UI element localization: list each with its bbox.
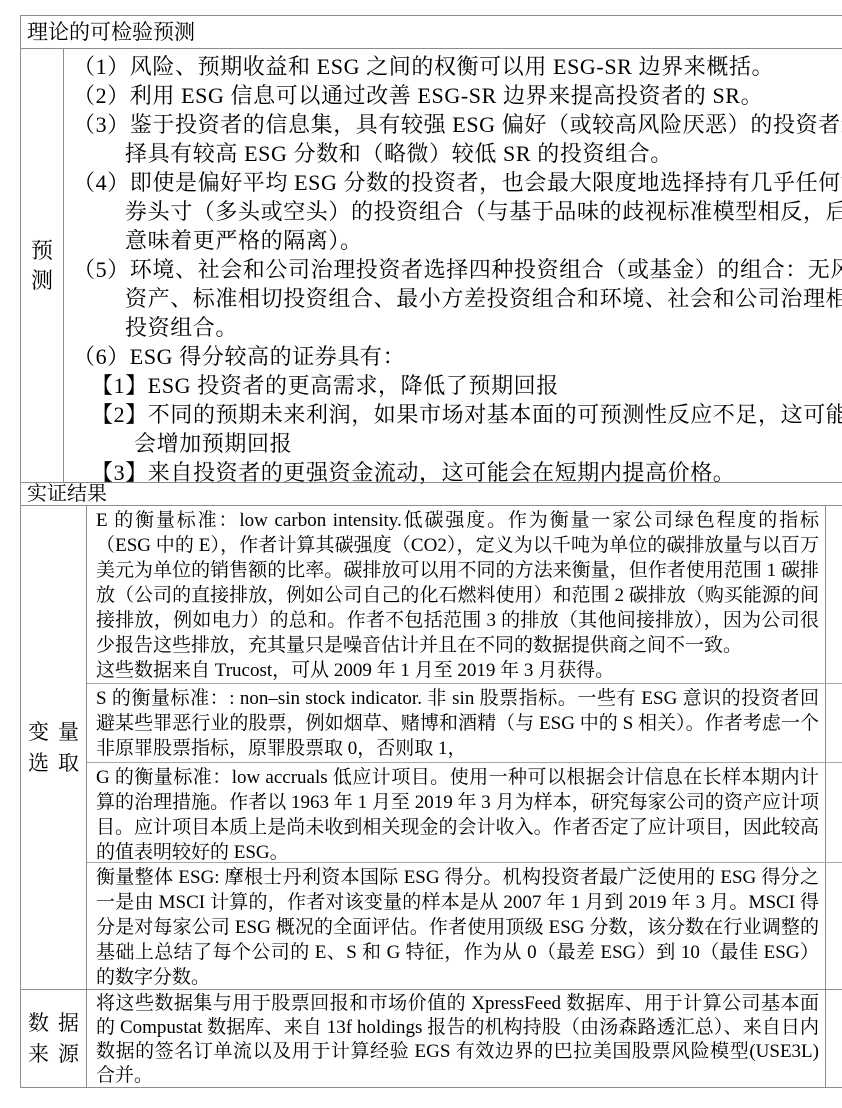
table-margin-sliver (826, 763, 842, 862)
e-measure-source-note: 这些数据来自 Trucost，可从 2009 年 1 月至 2019 年 3 月… (96, 658, 819, 683)
predictions-label-line: 测 (31, 266, 53, 296)
esg-measure-cell: 衡量整体 ESG: 摩根士丹利资本国际 ESG 得分。机构投资者最广泛使用的 E… (87, 863, 826, 989)
prediction-line-2: （2）利用 ESG 信息可以通过改善 ESG-SR 边界来提高投资者的 SR。 (64, 81, 842, 110)
prediction-line-4c: 意味着更严格的隔离）。 (64, 226, 842, 255)
prediction-line-5: （5）环境、社会和公司治理投资者选择四种投资组合（或基金）的组合：无风险 (64, 255, 842, 284)
prediction-line-6c: 【3】来自投资者的更强资金流动，这可能会在短期内提高价格。 (64, 458, 842, 487)
variable-selection-content: E 的衡量标准：low carbon intensity.低碳强度。作为衡量一家… (87, 506, 842, 989)
table-margin-sliver (826, 506, 842, 683)
prediction-line-6b2: 会增加预期回报 (64, 429, 842, 458)
e-measure-paragraph: E 的衡量标准：low carbon intensity.低碳强度。作为衡量一家… (96, 508, 819, 658)
prediction-line-4b: 券头寸（多头或空头）的投资组合（与基于品味的歧视标准模型相反，后者 (64, 197, 842, 226)
data-source-paragraph: 将这些数据集与用于股票回报和市场价值的 XpressFeed 数据库、用于计算公… (96, 992, 819, 1087)
data-source-label-line: 数据 (28, 1008, 88, 1039)
prediction-line-6b: 【2】不同的预期未来利润，如果市场对基本面的可预测性反应不足，这可能 (64, 400, 842, 429)
s-measure-subrow: S 的衡量标准：: non–sin stock indicator. 非 sin… (87, 684, 842, 763)
data-source-subrow: 将这些数据集与用于股票回报和市场价值的 XpressFeed 数据库、用于计算公… (87, 990, 842, 1087)
e-measure-subrow: E 的衡量标准：low carbon intensity.低碳强度。作为衡量一家… (87, 506, 842, 684)
prediction-line-4: （4）即使是偏好平均 ESG 分数的投资者，也会最大限度地选择持有几乎任何证 (64, 168, 842, 197)
prediction-line-5b: 资产、标准相切投资组合、最小方差投资组合和环境、社会和公司治理相切 (64, 284, 842, 313)
data-source-content: 将这些数据集与用于股票回报和市场价值的 XpressFeed 数据库、用于计算公… (87, 990, 842, 1087)
variable-selection-label: 变量 选取 (21, 506, 87, 989)
s-measure-cell: S 的衡量标准：: non–sin stock indicator. 非 sin… (87, 684, 826, 762)
g-measure-cell: G 的衡量标准：low accruals 低应计项目。使用一种可以根据会计信息在… (87, 763, 826, 862)
prediction-line-6a: 【1】ESG 投资者的更高需求，降低了预期回报 (64, 371, 842, 400)
section-header-theory: 理论的可检验预测 (21, 16, 842, 49)
document-page: 理论的可检验预测 预 测 （1）风险、预期收益和 ESG 之间的权衡可以用 ES… (0, 0, 842, 1108)
predictions-row-label: 预 测 (21, 49, 64, 482)
prediction-line-6: （6）ESG 得分较高的证券具有： (64, 342, 842, 371)
summary-table: 理论的可检验预测 预 测 （1）风险、预期收益和 ESG 之间的权衡可以用 ES… (20, 15, 842, 1088)
variable-label-line: 变量 (28, 717, 88, 748)
data-source-row: 数据 来源 将这些数据集与用于股票回报和市场价值的 XpressFeed 数据库… (21, 990, 842, 1087)
data-source-label: 数据 来源 (21, 990, 87, 1087)
predictions-row: 预 测 （1）风险、预期收益和 ESG 之间的权衡可以用 ESG-SR 边界来概… (21, 49, 842, 483)
variable-selection-row: 变量 选取 E 的衡量标准：low carbon intensity.低碳强度。… (21, 506, 842, 990)
data-source-cell: 将这些数据集与用于股票回报和市场价值的 XpressFeed 数据库、用于计算公… (87, 990, 826, 1087)
g-measure-paragraph: G 的衡量标准：low accruals 低应计项目。使用一种可以根据会计信息在… (96, 765, 819, 862)
s-measure-paragraph: S 的衡量标准：: non–sin stock indicator. 非 sin… (96, 686, 819, 761)
g-measure-subrow: G 的衡量标准：low accruals 低应计项目。使用一种可以根据会计信息在… (87, 763, 842, 863)
predictions-content: （1）风险、预期收益和 ESG 之间的权衡可以用 ESG-SR 边界来概括。 （… (64, 49, 842, 482)
table-margin-sliver (826, 863, 842, 989)
predictions-label-line: 预 (31, 236, 53, 266)
prediction-line-1: （1）风险、预期收益和 ESG 之间的权衡可以用 ESG-SR 边界来概括。 (64, 52, 842, 81)
esg-measure-subrow: 衡量整体 ESG: 摩根士丹利资本国际 ESG 得分。机构投资者最广泛使用的 E… (87, 863, 842, 989)
table-margin-sliver (826, 990, 842, 1087)
variable-label-line: 选取 (28, 748, 88, 779)
e-measure-cell: E 的衡量标准：low carbon intensity.低碳强度。作为衡量一家… (87, 506, 826, 683)
prediction-line-3b: 择具有较高 ESG 分数和（略微）较低 SR 的投资组合。 (64, 139, 842, 168)
table-margin-sliver (826, 684, 842, 762)
esg-measure-paragraph: 衡量整体 ESG: 摩根士丹利资本国际 ESG 得分。机构投资者最广泛使用的 E… (96, 865, 819, 989)
data-source-label-line: 来源 (28, 1039, 88, 1070)
prediction-line-3: （3）鉴于投资者的信息集，具有较强 ESG 偏好（或较高风险厌恶）的投资者选 (64, 110, 842, 139)
prediction-line-5c: 投资组合。 (64, 313, 842, 342)
